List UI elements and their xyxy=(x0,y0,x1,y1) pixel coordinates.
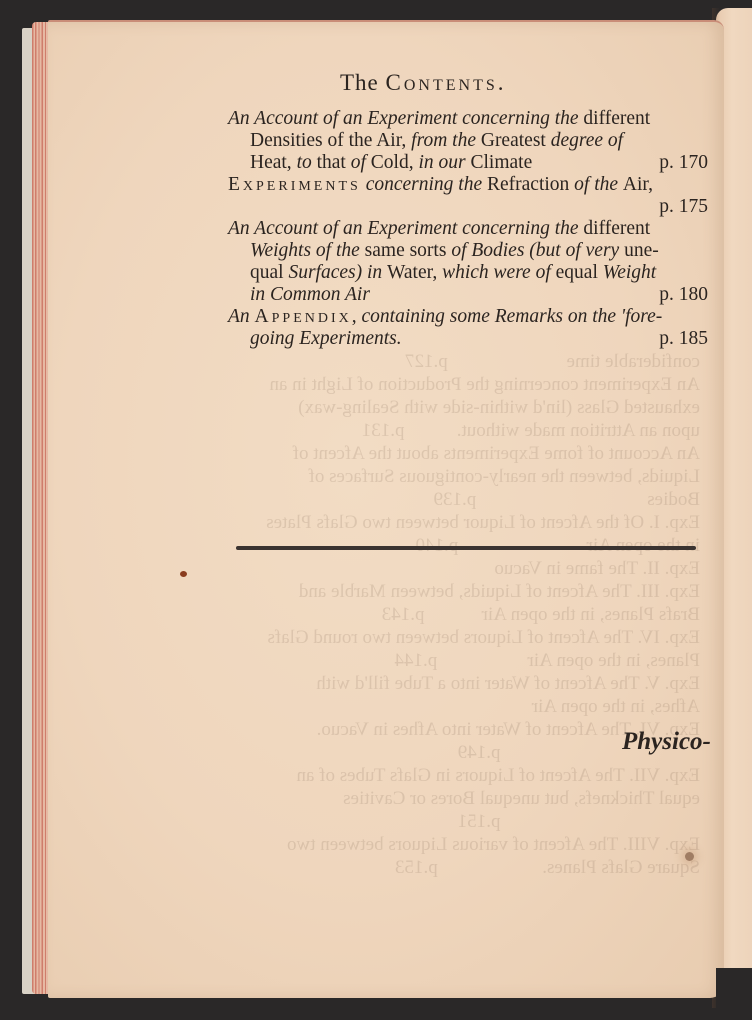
page-reference: p. 185 xyxy=(659,328,708,350)
section-divider-rule xyxy=(236,546,696,550)
entry-text: Refraction xyxy=(487,174,574,195)
entry-line: Densities of the Air, from the Greatest … xyxy=(228,130,708,152)
contents-entry: Experiments concerning the Refraction of… xyxy=(228,174,708,218)
entry-text: une- xyxy=(624,240,659,261)
entry-text: different xyxy=(583,218,650,239)
title-contents: Contents. xyxy=(386,70,507,95)
foxing-spot xyxy=(180,571,187,577)
page-content: The Contents. An Account of an Experimen… xyxy=(0,0,752,1020)
entry-text: Surfaces) in xyxy=(288,262,387,283)
entry-text: in Common Air xyxy=(250,284,370,305)
entry-text: going Experiments. xyxy=(250,328,402,349)
catchword: Physico- xyxy=(622,728,711,756)
entry-text: Appendix xyxy=(255,306,352,327)
entry-line: qual Surfaces) in Water, which were of e… xyxy=(228,262,708,284)
entry-text: in our xyxy=(418,152,470,173)
contents-entry: An Account of an Experiment concerning t… xyxy=(228,218,708,306)
entry-text: that xyxy=(317,152,351,173)
page-title: The Contents. xyxy=(340,70,507,96)
page-reference: p. 170 xyxy=(659,152,708,174)
entry-text: Greatest xyxy=(481,130,551,151)
entry-line: An Account of an Experiment concerning t… xyxy=(228,218,708,240)
page-reference: p. 175 xyxy=(659,196,708,218)
entry-line: going Experiments.p. 185 xyxy=(228,328,708,350)
entry-text: degree of xyxy=(551,130,623,151)
entry-line: Experiments concerning the Refraction of… xyxy=(228,174,708,196)
entry-text: An Account of an Experiment concerning t… xyxy=(228,218,583,239)
entry-text: concerning the xyxy=(361,174,487,195)
entry-text: Cold, xyxy=(371,152,419,173)
page-reference: p. 180 xyxy=(659,284,708,306)
foxing-spot xyxy=(685,852,694,861)
entry-text: An xyxy=(228,306,255,327)
entry-line: An Account of an Experiment concerning t… xyxy=(228,108,708,130)
entry-text: Weights of the xyxy=(250,240,365,261)
contents-entry: An Account of an Experiment concerning t… xyxy=(228,108,708,174)
entry-text: Densities of the Air, xyxy=(250,130,411,151)
entry-line: p. 175 xyxy=(228,196,708,218)
entry-text: of xyxy=(351,152,371,173)
entry-text: containing some Remarks on the 'fore- xyxy=(362,306,663,327)
entry-line: Heat, to that of Cold, in our Climatep. … xyxy=(228,152,708,174)
title-article: The xyxy=(340,70,379,95)
entry-text: Climate xyxy=(470,152,532,173)
entry-text: Heat, xyxy=(250,152,297,173)
entry-text: from the xyxy=(411,130,481,151)
entry-text: An Account of an Experiment concerning t… xyxy=(228,108,583,129)
entry-line: An Appendix, containing some Remarks on … xyxy=(228,306,708,328)
entry-text: Water, xyxy=(387,262,442,283)
entry-text: , xyxy=(352,306,362,327)
contents-entry: An Appendix, containing some Remarks on … xyxy=(228,306,708,350)
entry-text: of Bodies (but of very xyxy=(451,240,624,261)
entry-line: in Common Airp. 180 xyxy=(228,284,708,306)
entry-text: to xyxy=(297,152,317,173)
entry-text: which were of xyxy=(442,262,556,283)
entry-text: of the xyxy=(574,174,623,195)
entry-text: equal xyxy=(556,262,603,283)
entry-text: different xyxy=(583,108,650,129)
entry-text: qual xyxy=(250,262,288,283)
entry-text: same sorts xyxy=(365,240,452,261)
entry-line: Weights of the same sorts of Bodies (but… xyxy=(228,240,708,262)
entry-text: Air, xyxy=(623,174,653,195)
entry-text: Weight xyxy=(603,262,656,283)
entry-text: Experiments xyxy=(228,174,361,195)
